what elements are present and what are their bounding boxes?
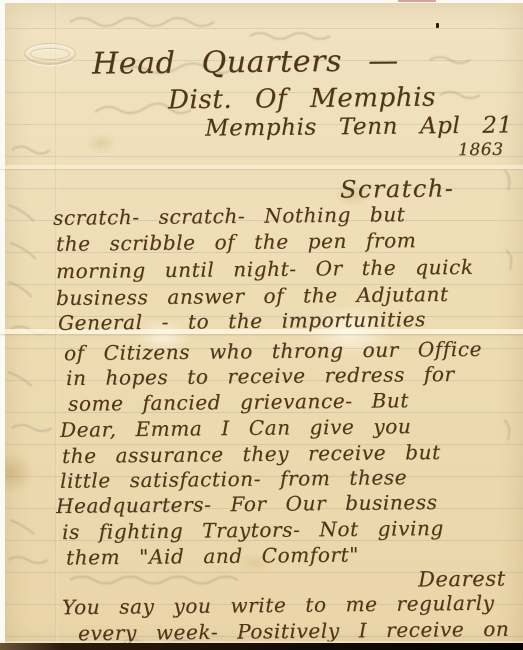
scan-bottom-edge bbox=[0, 643, 523, 650]
letter-line: Headquarters- For Our business bbox=[56, 492, 438, 516]
heading-dateline: Memphis Tenn Apl 21 bbox=[205, 114, 513, 140]
ink-speck bbox=[436, 23, 439, 28]
letter-line: You say you write to me regularly bbox=[62, 593, 495, 618]
letter-line: the scribble of the pen from bbox=[56, 230, 416, 254]
heading-line-1: Head Quarters — bbox=[92, 46, 399, 79]
letter-line: scratch- scratch- Nothing but bbox=[53, 204, 406, 228]
letter-line: morning until night- Or the quick bbox=[56, 257, 474, 281]
embossed-seal bbox=[24, 43, 76, 65]
letter-line: little satisfaction- from these bbox=[60, 467, 407, 491]
salutation: Dearest bbox=[418, 569, 506, 591]
letter-scan: Head Quarters — Dist. Of Memphis Memphis… bbox=[0, 0, 523, 650]
letter-line: Scratch- bbox=[340, 176, 455, 201]
letter-line: Dear, Emma I Can give you bbox=[60, 416, 412, 440]
letter-line: is fighting Traytors- Not giving bbox=[62, 518, 444, 542]
letter-line: of Citizens who throng our Office bbox=[64, 339, 482, 363]
letter-line: every week- Positively I receive on bbox=[78, 619, 510, 644]
heading-year: 1863 bbox=[458, 142, 504, 159]
scan-artifact-top-edge bbox=[398, 0, 436, 2]
letter-line: business answer of the Adjutant bbox=[56, 284, 449, 308]
heading-line-2: Dist. Of Memphis bbox=[168, 85, 436, 114]
letter-line: them "Aid and Comfort" bbox=[66, 544, 359, 567]
letter-line: in hopes to receive redress for bbox=[66, 364, 455, 388]
letter-line: some fancied grievance- But bbox=[68, 390, 409, 414]
letter-line: General - to the importunities bbox=[58, 309, 426, 333]
fold-crease-top bbox=[0, 165, 523, 169]
letter-line: the assurance they receive but bbox=[62, 442, 441, 466]
